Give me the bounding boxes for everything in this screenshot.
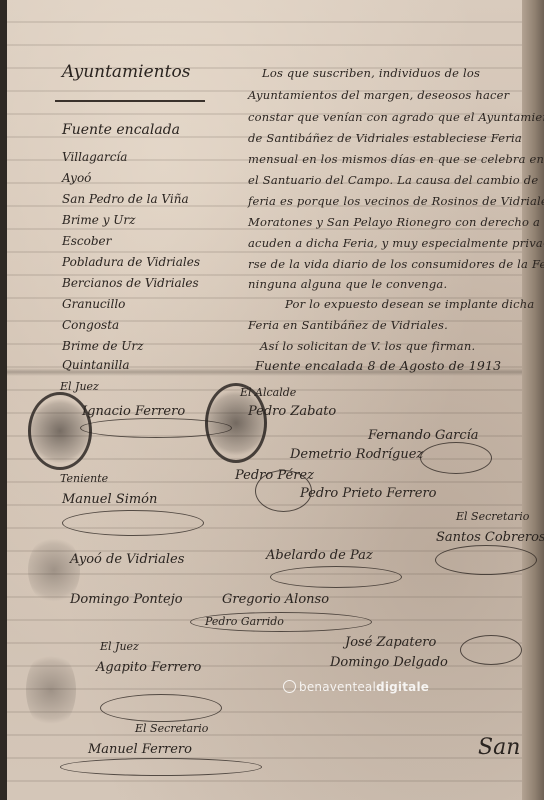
- signature: José Zapatero: [345, 635, 436, 650]
- town-item: Bercianos de Vidriales: [62, 276, 199, 290]
- body-line: Los que suscriben, individuos de los: [262, 66, 480, 80]
- signature-flourish: [80, 418, 232, 438]
- town-item: Brime y Urz: [62, 213, 135, 227]
- signature-role: El Alcalde: [240, 386, 296, 399]
- body-line: Así lo solicitan de V. los que firman.: [260, 339, 475, 353]
- body-line: mensual en los mismos días en que se cel…: [248, 152, 544, 166]
- signature: Ayoó de Vidriales: [70, 552, 184, 567]
- town-item: Granucillo: [62, 297, 125, 311]
- town-item: Brime de Urz: [62, 339, 143, 353]
- town-item: San Pedro de la Viña: [62, 192, 189, 206]
- signature-role: Teniente: [60, 472, 108, 485]
- town-item: Escober: [62, 234, 111, 248]
- signature-flourish: [270, 566, 402, 588]
- town-item: Ayoó: [62, 171, 91, 185]
- town-item: Villagarcía: [62, 150, 127, 164]
- document-photo: Ayuntamientos Fuente encalada Villagarcí…: [0, 0, 544, 800]
- signature-role: El Secretario: [135, 722, 208, 735]
- signature-flourish: [60, 758, 262, 776]
- town-item: Congosta: [62, 318, 119, 332]
- body-line: Por lo expuesto desean se implante dicha: [285, 297, 534, 311]
- signature: San: [478, 735, 520, 760]
- signature: Domingo Delgado: [330, 655, 448, 670]
- signature-role: El Juez: [100, 640, 139, 653]
- town-item: Quintanilla: [62, 358, 130, 372]
- body-line: ninguna alguna que le convenga.: [248, 277, 447, 291]
- signature-flourish: [420, 442, 492, 474]
- signature: Manuel Ferrero: [88, 742, 192, 757]
- signature-flourish: [460, 635, 522, 665]
- body-line: Feria en Santibáñez de Vidriales.: [248, 318, 448, 332]
- signature-role: El Secretario: [456, 510, 529, 523]
- signature-flourish: [435, 545, 537, 575]
- watermark-bold: digitale: [376, 680, 429, 694]
- title-underline: [55, 100, 205, 102]
- signature: Pedro Prieto Ferrero: [300, 486, 437, 501]
- body-line: feria es porque los vecinos de Rosinos d…: [248, 194, 544, 208]
- town-item: Fuente encalada: [62, 122, 180, 138]
- signature-flourish: [190, 612, 372, 632]
- body-line: acuden a dicha Feria, y muy especialment…: [248, 236, 544, 250]
- signature-flourish: [255, 470, 312, 512]
- body-line: el Santuario del Campo. La causa del cam…: [248, 173, 538, 187]
- signature: Gregorio Alonso: [222, 592, 329, 607]
- signature: Agapito Ferrero: [96, 660, 201, 675]
- body-line: constar que venían con agrado que el Ayu…: [248, 110, 544, 124]
- body-line: de Santibáñez de Vidriales estableciese …: [248, 131, 522, 145]
- signature-flourish: [62, 510, 204, 536]
- signature: Ignacio Ferrero: [82, 404, 185, 419]
- copyright-icon: [283, 680, 296, 693]
- body-line: rse de la vida diario de los consumidore…: [248, 257, 544, 271]
- signature: Fernando García: [368, 428, 479, 443]
- signature-flourish: [100, 694, 222, 722]
- document-title: Ayuntamientos: [62, 62, 190, 82]
- signature: Demetrio Rodríguez: [290, 447, 423, 462]
- faded-seal: [26, 650, 76, 730]
- date-line: Fuente encalada 8 de Agosto de 1913: [255, 358, 501, 373]
- watermark-prefix: benaventeal: [299, 680, 376, 694]
- signature: Abelardo de Paz: [266, 548, 373, 563]
- signature: Domingo Pontejo: [70, 592, 183, 607]
- body-line: Moratones y San Pelayo Rionegro con dere…: [248, 215, 544, 229]
- signature: Santos Cobreros: [436, 530, 544, 545]
- photo-left-edge: [0, 0, 7, 800]
- body-line: Ayuntamientos del margen, deseosos hacer: [248, 88, 509, 102]
- signature: Manuel Simón: [62, 492, 157, 507]
- watermark: benaventealdigitale: [283, 680, 429, 694]
- signature-role: El Juez: [60, 380, 99, 393]
- town-item: Pobladura de Vidriales: [62, 255, 200, 269]
- signature: Pedro Zabato: [248, 404, 336, 419]
